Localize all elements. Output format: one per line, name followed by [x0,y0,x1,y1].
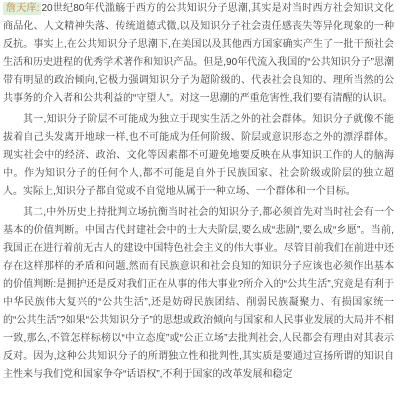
paragraph-1: 詹天庠:20世纪80年代滥觞于西方的公共知识分子思潮,其实是对当时西方社会知识文… [3,0,394,108]
paragraph-3: 其二,中外历史上持批判立场抗衡当时社会的知识分子,都必须首先对当时社会有一个基本… [3,204,394,384]
paragraph-2: 其一,知识分子阶层不可能成为独立于现实生活之外的社会群体。知识分子就像不能拔着自… [3,111,394,201]
paragraph-1-text: 20世纪80年代滥觞于西方的公共知识分子思潮,其实是对当时西方社会知识文化商品化… [3,3,394,104]
speaker-name: 詹天庠: [3,2,41,15]
document-page: 詹天庠:20世纪80年代滥觞于西方的公共知识分子思潮,其实是对当时西方社会知识文… [0,0,400,384]
